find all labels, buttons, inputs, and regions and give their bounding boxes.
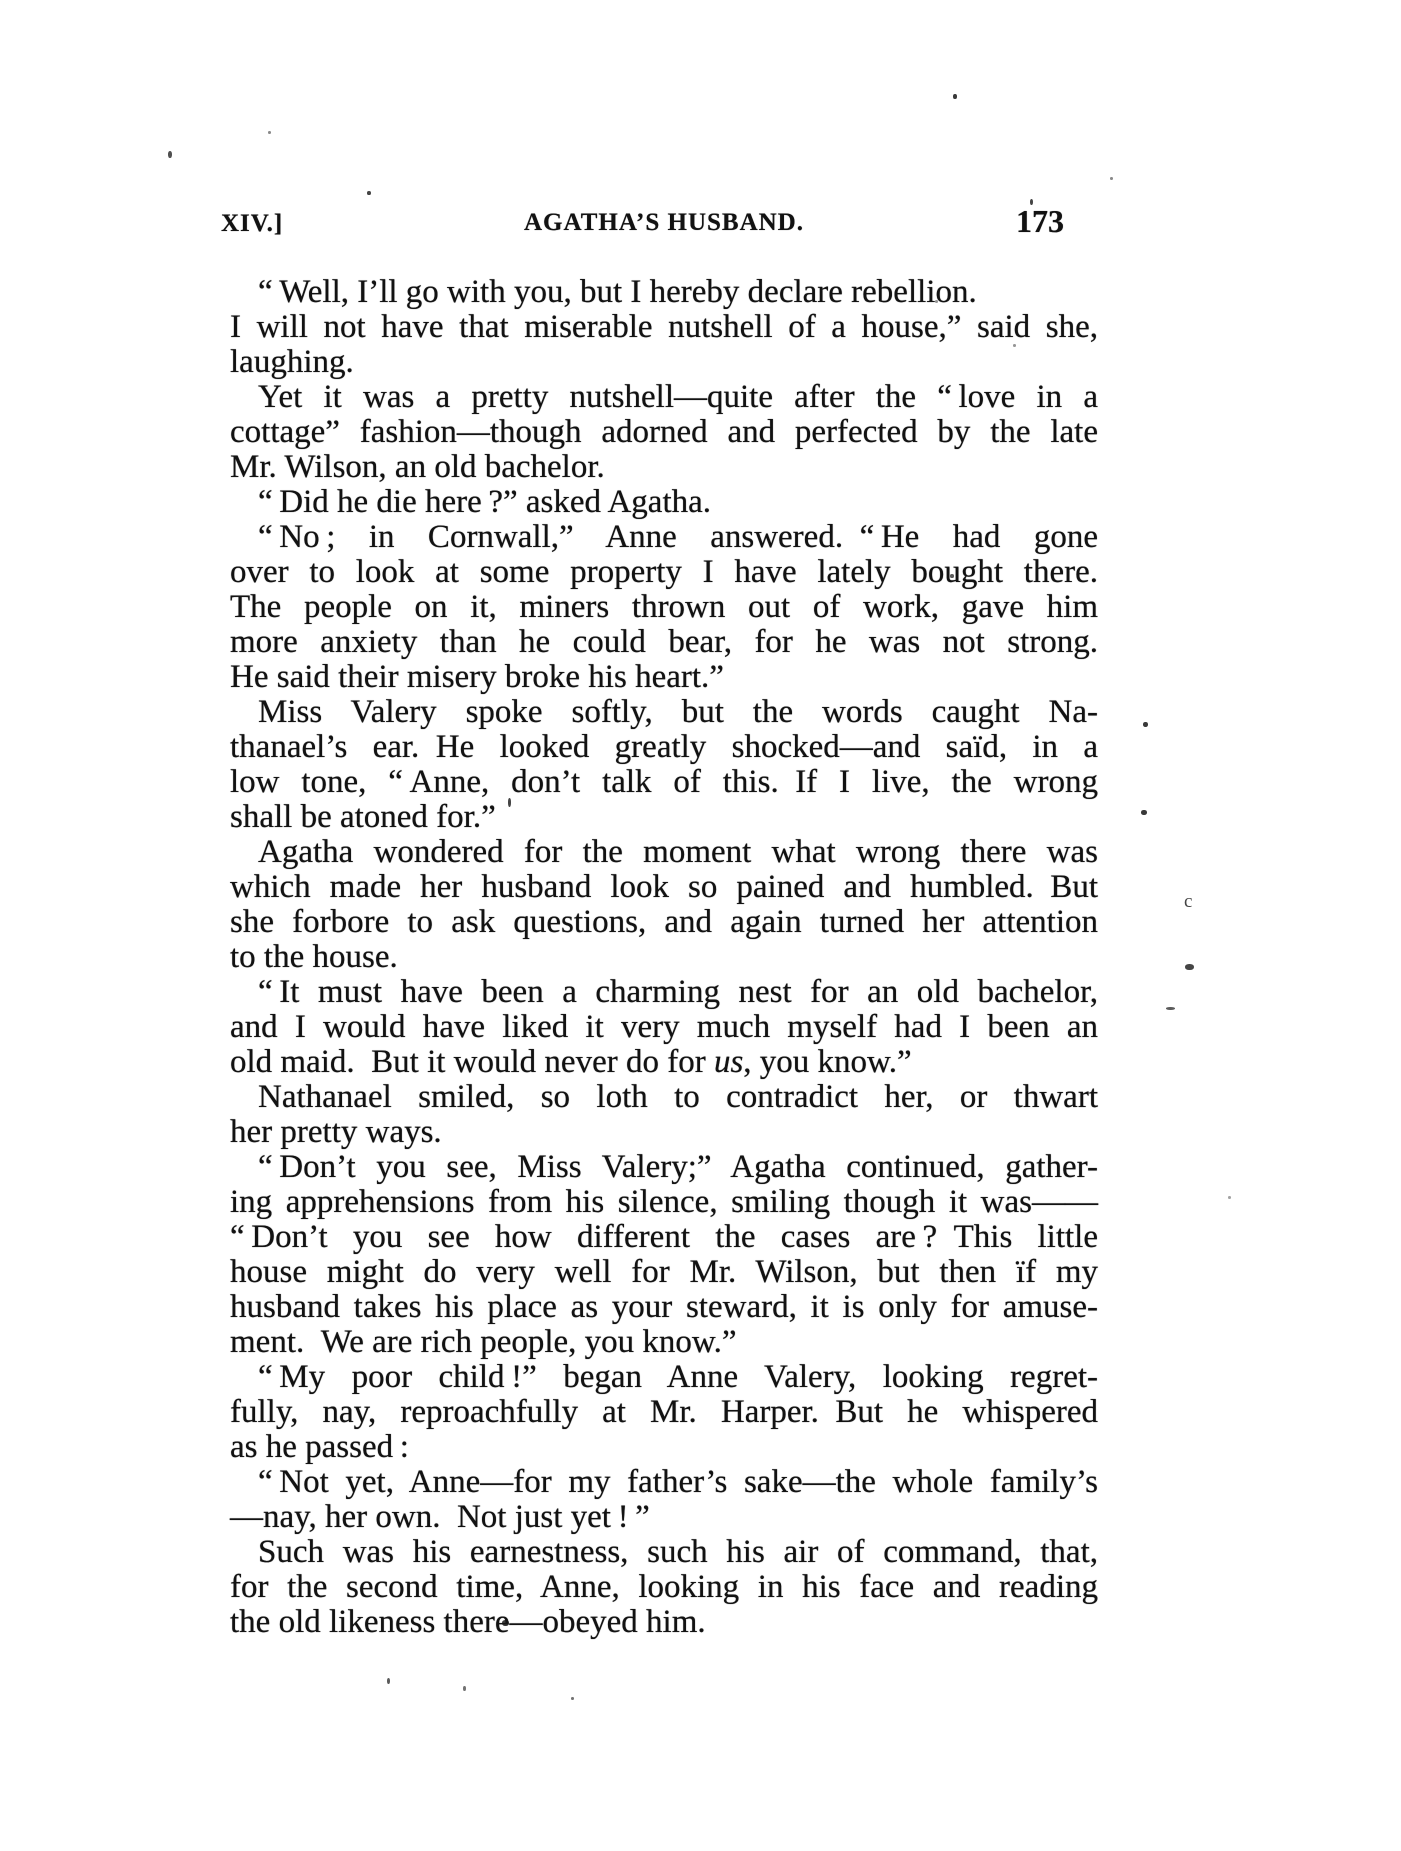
running-title: AGATHA’S HUSBAND. [230, 209, 1098, 237]
scan-speck [571, 1697, 574, 1700]
text-line: “ Don’t you see, Miss Valery;” Agatha co… [230, 1150, 1098, 1185]
scan-speck [1030, 199, 1033, 205]
scan-speck [367, 191, 371, 195]
text-line: fully, nay, reproachfully at Mr. Harper.… [230, 1395, 1098, 1430]
text-line: cottage” fashion—though adorned and perf… [230, 415, 1098, 450]
text-line: “ Not yet, Anne—for my father’s sake—the… [230, 1465, 1098, 1500]
text-line: Such was his earnestness, such his air o… [230, 1535, 1098, 1570]
text-line: Yet it was a pretty nutshell—quite after… [230, 380, 1098, 415]
text-line: “ It must have been a charming nest for … [230, 975, 1098, 1010]
text-segment: old maid. But it would never do for [230, 1044, 714, 1080]
scan-speck [1228, 1196, 1231, 1199]
text-line: shall be atoned for.” [230, 800, 1098, 835]
text-line: Mr. Wilson, an old bachelor. [230, 450, 1098, 485]
text-line: thanael’s ear. He looked greatly shocked… [230, 730, 1098, 765]
text-line: I will not have that miserable nutshell … [230, 310, 1098, 345]
text-line: ment. We are rich people, you know.” [230, 1325, 1098, 1360]
text-line: “ Did he die here ?” asked Agatha. [230, 485, 1098, 520]
scan-speck: c [1184, 892, 1192, 911]
text-line: she forbore to ask questions, and again … [230, 905, 1098, 940]
text-line: ing apprehensions from his silence, smil… [230, 1185, 1098, 1220]
scan-speck [502, 1620, 509, 1626]
text-line: The people on it, miners thrown out of w… [230, 590, 1098, 625]
text-line: Miss Valery spoke softly, but the words … [230, 695, 1098, 730]
italic-word: us [714, 1044, 743, 1080]
text-line: “ Well, I’ll go with you, but I hereby d… [230, 275, 1098, 310]
text-line: the old likeness there—obeyed him. [230, 1605, 1098, 1640]
text-line: her pretty ways. [230, 1115, 1098, 1150]
scan-speck [268, 131, 271, 134]
running-head: XIV.] AGATHA’S HUSBAND. 173 [0, 207, 1401, 249]
text-line: “ No ; in Cornwall,” Anne answered. “ He… [230, 520, 1098, 555]
scan-speck [1185, 964, 1194, 970]
scan-speck [1143, 722, 1148, 727]
scan-speck [1166, 1007, 1175, 1010]
scan-speck [1141, 810, 1147, 815]
text-line: to the house. [230, 940, 1098, 975]
scan-speck [387, 1678, 390, 1684]
scan-speck [463, 1686, 466, 1691]
scan-speck [168, 151, 172, 158]
book-page-scan: XIV.] AGATHA’S HUSBAND. 173 “ Well, I’ll… [0, 0, 1401, 1851]
scan-speck [1013, 344, 1016, 347]
scan-speck [1110, 177, 1113, 180]
text-line: over to look at some property I have lat… [230, 555, 1098, 590]
scan-speck [935, 300, 938, 303]
scan-speck [508, 798, 511, 807]
text-line: and I would have liked it very much myse… [230, 1010, 1098, 1045]
text-line: house might do very well for Mr. Wilson,… [230, 1255, 1098, 1290]
text-line: Nathanael smiled, so loth to contradict … [230, 1080, 1098, 1115]
text-line: laughing. [230, 345, 1098, 380]
text-line: low tone, “ Anne, don’t talk of this. If… [230, 765, 1098, 800]
text-line: old maid. But it would never do for us, … [230, 1045, 1098, 1080]
body-text: “ Well, I’ll go with you, but I hereby d… [230, 275, 1098, 1640]
scan-speck [953, 94, 957, 99]
text-line: He said their misery broke his heart.” [230, 660, 1098, 695]
text-line: Agatha wondered for the moment what wron… [230, 835, 1098, 870]
page-number: 173 [1016, 203, 1086, 240]
text-line: —nay, her own. Not just yet ! ” [230, 1500, 1098, 1535]
text-line: “ My poor child !” began Anne Valery, lo… [230, 1360, 1098, 1395]
text-line: more anxiety than he could bear, for he … [230, 625, 1098, 660]
text-line: for the second time, Anne, looking in hi… [230, 1570, 1098, 1605]
text-line: as he passed : [230, 1430, 1098, 1465]
text-line: husband takes his place as your steward,… [230, 1290, 1098, 1325]
text-line: “ Don’t you see how different the cases … [230, 1220, 1098, 1255]
scan-speck [950, 574, 954, 578]
text-line: which made her husband look so pained an… [230, 870, 1098, 905]
text-segment: , you know.” [743, 1044, 911, 1080]
